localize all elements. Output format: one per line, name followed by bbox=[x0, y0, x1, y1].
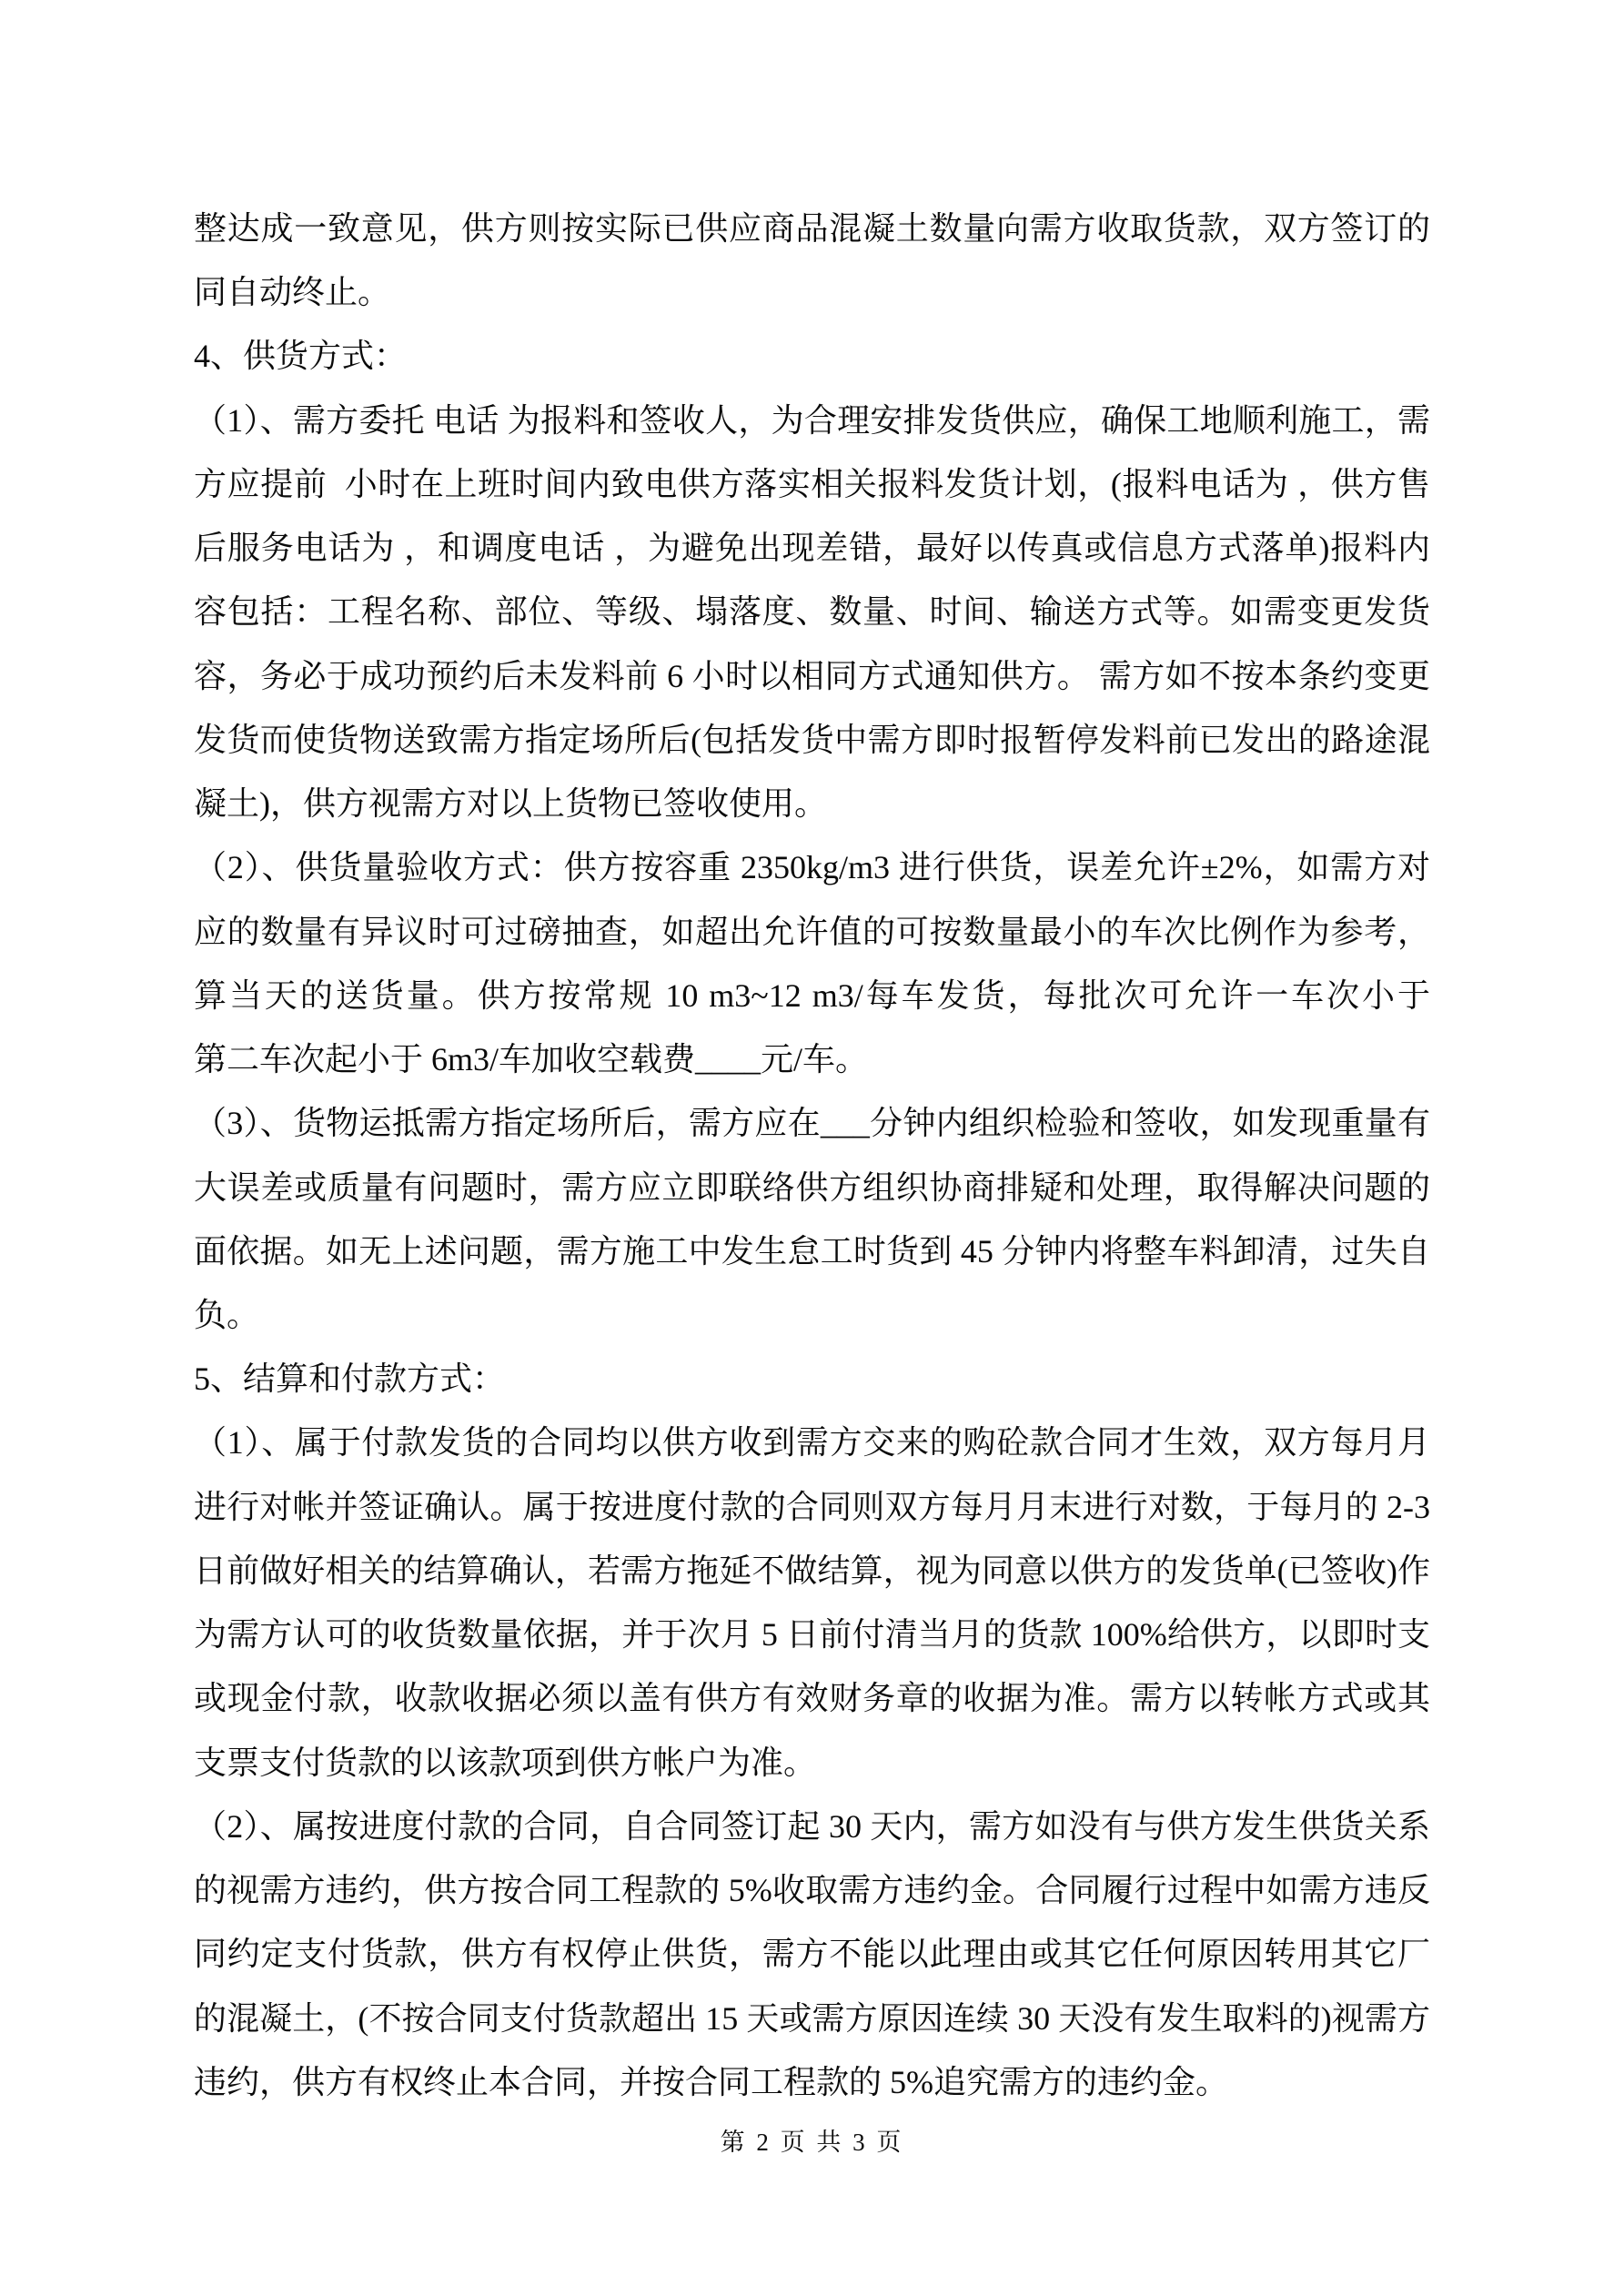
clause-4-3-line-2: 大误差或质量有问题时，需方应立即联络供方组织协商排疑和处理，取得解决问题的书 bbox=[194, 1156, 1430, 1219]
clause-5-item-2: （2）、属按进度付款的合同，自合同签订起 30 天内，需方如没有与供方发生供货关… bbox=[194, 1795, 1430, 2114]
clause-5-2-line-1: （2）、属按进度付款的合同，自合同签订起 30 天内，需方如没有与供方发生供货关… bbox=[194, 1795, 1430, 1858]
clause-4-2-line-3: 算当天的送货量。供方按常规 10 m3~12 m3/每车发货，每批次可允许一车次… bbox=[194, 964, 1430, 1027]
clause-4-1-line-1: （1）、需方委托 电话 为报料和签收人，为合理安排发货供应，确保工地顺利施工，需 bbox=[194, 389, 1430, 452]
clause-4-2-line-4: 第二车次起小于 6m3/车加收空载费____元/车。 bbox=[194, 1027, 1430, 1091]
clause-4-2-line-1: （2）、供货量验收方式：供方按容重 2350kg/m3 进行供货，误差允许±2%… bbox=[194, 835, 1430, 899]
clause-5-2-line-4: 的混凝土，(不按合同支付货款超出 15 天或需方原因连续 30 天没有发生取料的… bbox=[194, 1987, 1430, 2050]
carryover-line-2: 同自动终止。 bbox=[194, 260, 1430, 324]
clause-4-item-1: （1）、需方委托 电话 为报料和签收人，为合理安排发货供应，确保工地顺利施工，需… bbox=[194, 389, 1430, 836]
clause-4-1-line-3: 后服务电话为 ，和调度电话 ，为避免出现差错，最好以传真或信息方式落单)报料内 bbox=[194, 516, 1430, 580]
clause-4-2-line-2: 应的数量有异议时可过磅抽查，如超出允许值的可按数量最小的车次比例作为参考，结 bbox=[194, 900, 1430, 964]
clause-5-1-line-5: 或现金付款，收款收据必须以盖有供方有效财务章的收据为准。需方以转帐方式或其它 bbox=[194, 1666, 1430, 1730]
clause-4-1-line-7: 凝土)，供方视需方对以上货物已签收使用。 bbox=[194, 772, 1430, 835]
contract-body: 整达成一致意见，供方则按实际已供应商品混凝土数量向需方收取货款，双方签订的合 同… bbox=[194, 197, 1430, 2114]
clause-5: 5、结算和付款方式： bbox=[194, 1347, 1430, 1411]
clause-5-1-line-4: 为需方认可的收货数量依据，并于次月 5 日前付清当月的货款 100%给供方，以即… bbox=[194, 1603, 1430, 1666]
clause-4-1-line-4: 容包括：工程名称、部位、等级、塌落度、数量、时间、输送方式等。如需变更发货内 bbox=[194, 580, 1430, 643]
clause-4: 4、供货方式： bbox=[194, 324, 1430, 388]
clause-5-2-line-2: 的视需方违约，供方按合同工程款的 5%收取需方违约金。合同履行过程中如需方违反合 bbox=[194, 1858, 1430, 1922]
clause-4-heading: 4、供货方式： bbox=[194, 324, 1430, 388]
clause-5-item-1: （1）、属于付款发货的合同均以供方收到需方交来的购砼款合同才生效，双方每月月末 … bbox=[194, 1411, 1430, 1794]
clause-4-1-line-5: 容，务必于成功预约后未发料前 6 小时以相同方式通知供方。 需方如不按本条约变更 bbox=[194, 644, 1430, 708]
clause-5-2-line-3: 同约定支付货款，供方有权停止供货，需方不能以此理由或其它任何原因转用其它厂家 bbox=[194, 1922, 1430, 1986]
clause-5-2-line-5: 违约，供方有权终止本合同，并按合同工程款的 5%追究需方的违约金。 bbox=[194, 2050, 1430, 2114]
carryover-paragraph: 整达成一致意见，供方则按实际已供应商品混凝土数量向需方收取货款，双方签订的合 同… bbox=[194, 197, 1430, 324]
clause-4-3-line-3: 面依据。如无上述问题，需方施工中发生怠工时货到 45 分钟内将整车料卸清，过失自 bbox=[194, 1219, 1430, 1283]
contract-page: 整达成一致意见，供方则按实际已供应商品混凝土数量向需方收取货款，双方签订的合 同… bbox=[0, 0, 1624, 2296]
clause-5-1-line-3: 日前做好相关的结算确认，若需方拖延不做结算，视为同意以供方的发货单(已签收)作 bbox=[194, 1539, 1430, 1603]
clause-4-3-line-4: 负。 bbox=[194, 1283, 1430, 1347]
clause-5-1-line-1: （1）、属于付款发货的合同均以供方收到需方交来的购砼款合同才生效，双方每月月末 bbox=[194, 1411, 1430, 1474]
clause-5-heading: 5、结算和付款方式： bbox=[194, 1347, 1430, 1411]
clause-5-1-line-6: 支票支付货款的以该款项到供方帐户为准。 bbox=[194, 1731, 1430, 1795]
clause-4-item-3: （3）、货物运抵需方指定场所后，需方应在___分钟内组织检验和签收，如发现重量有… bbox=[194, 1091, 1430, 1347]
clause-4-item-2: （2）、供货量验收方式：供方按容重 2350kg/m3 进行供货，误差允许±2%… bbox=[194, 835, 1430, 1091]
carryover-line-1: 整达成一致意见，供方则按实际已供应商品混凝土数量向需方收取货款，双方签订的合 bbox=[194, 197, 1430, 260]
clause-4-1-line-6: 发货而使货物送致需方指定场所后(包括发货中需方即时报暂停发料前已发出的路途混 bbox=[194, 708, 1430, 772]
clause-4-1-line-2: 方应提前 小时在上班时间内致电供方落实相关报料发货计划，(报料电话为 ，供方售 bbox=[194, 452, 1430, 516]
page-number-footer: 第 2 页 共 3 页 bbox=[0, 2124, 1624, 2160]
clause-4-3-line-1: （3）、货物运抵需方指定场所后，需方应在___分钟内组织检验和签收，如发现重量有 bbox=[194, 1091, 1430, 1155]
clause-5-1-line-2: 进行对帐并签证确认。属于按进度付款的合同则双方每月月末进行对数，于每月的 2-3 bbox=[194, 1475, 1430, 1539]
